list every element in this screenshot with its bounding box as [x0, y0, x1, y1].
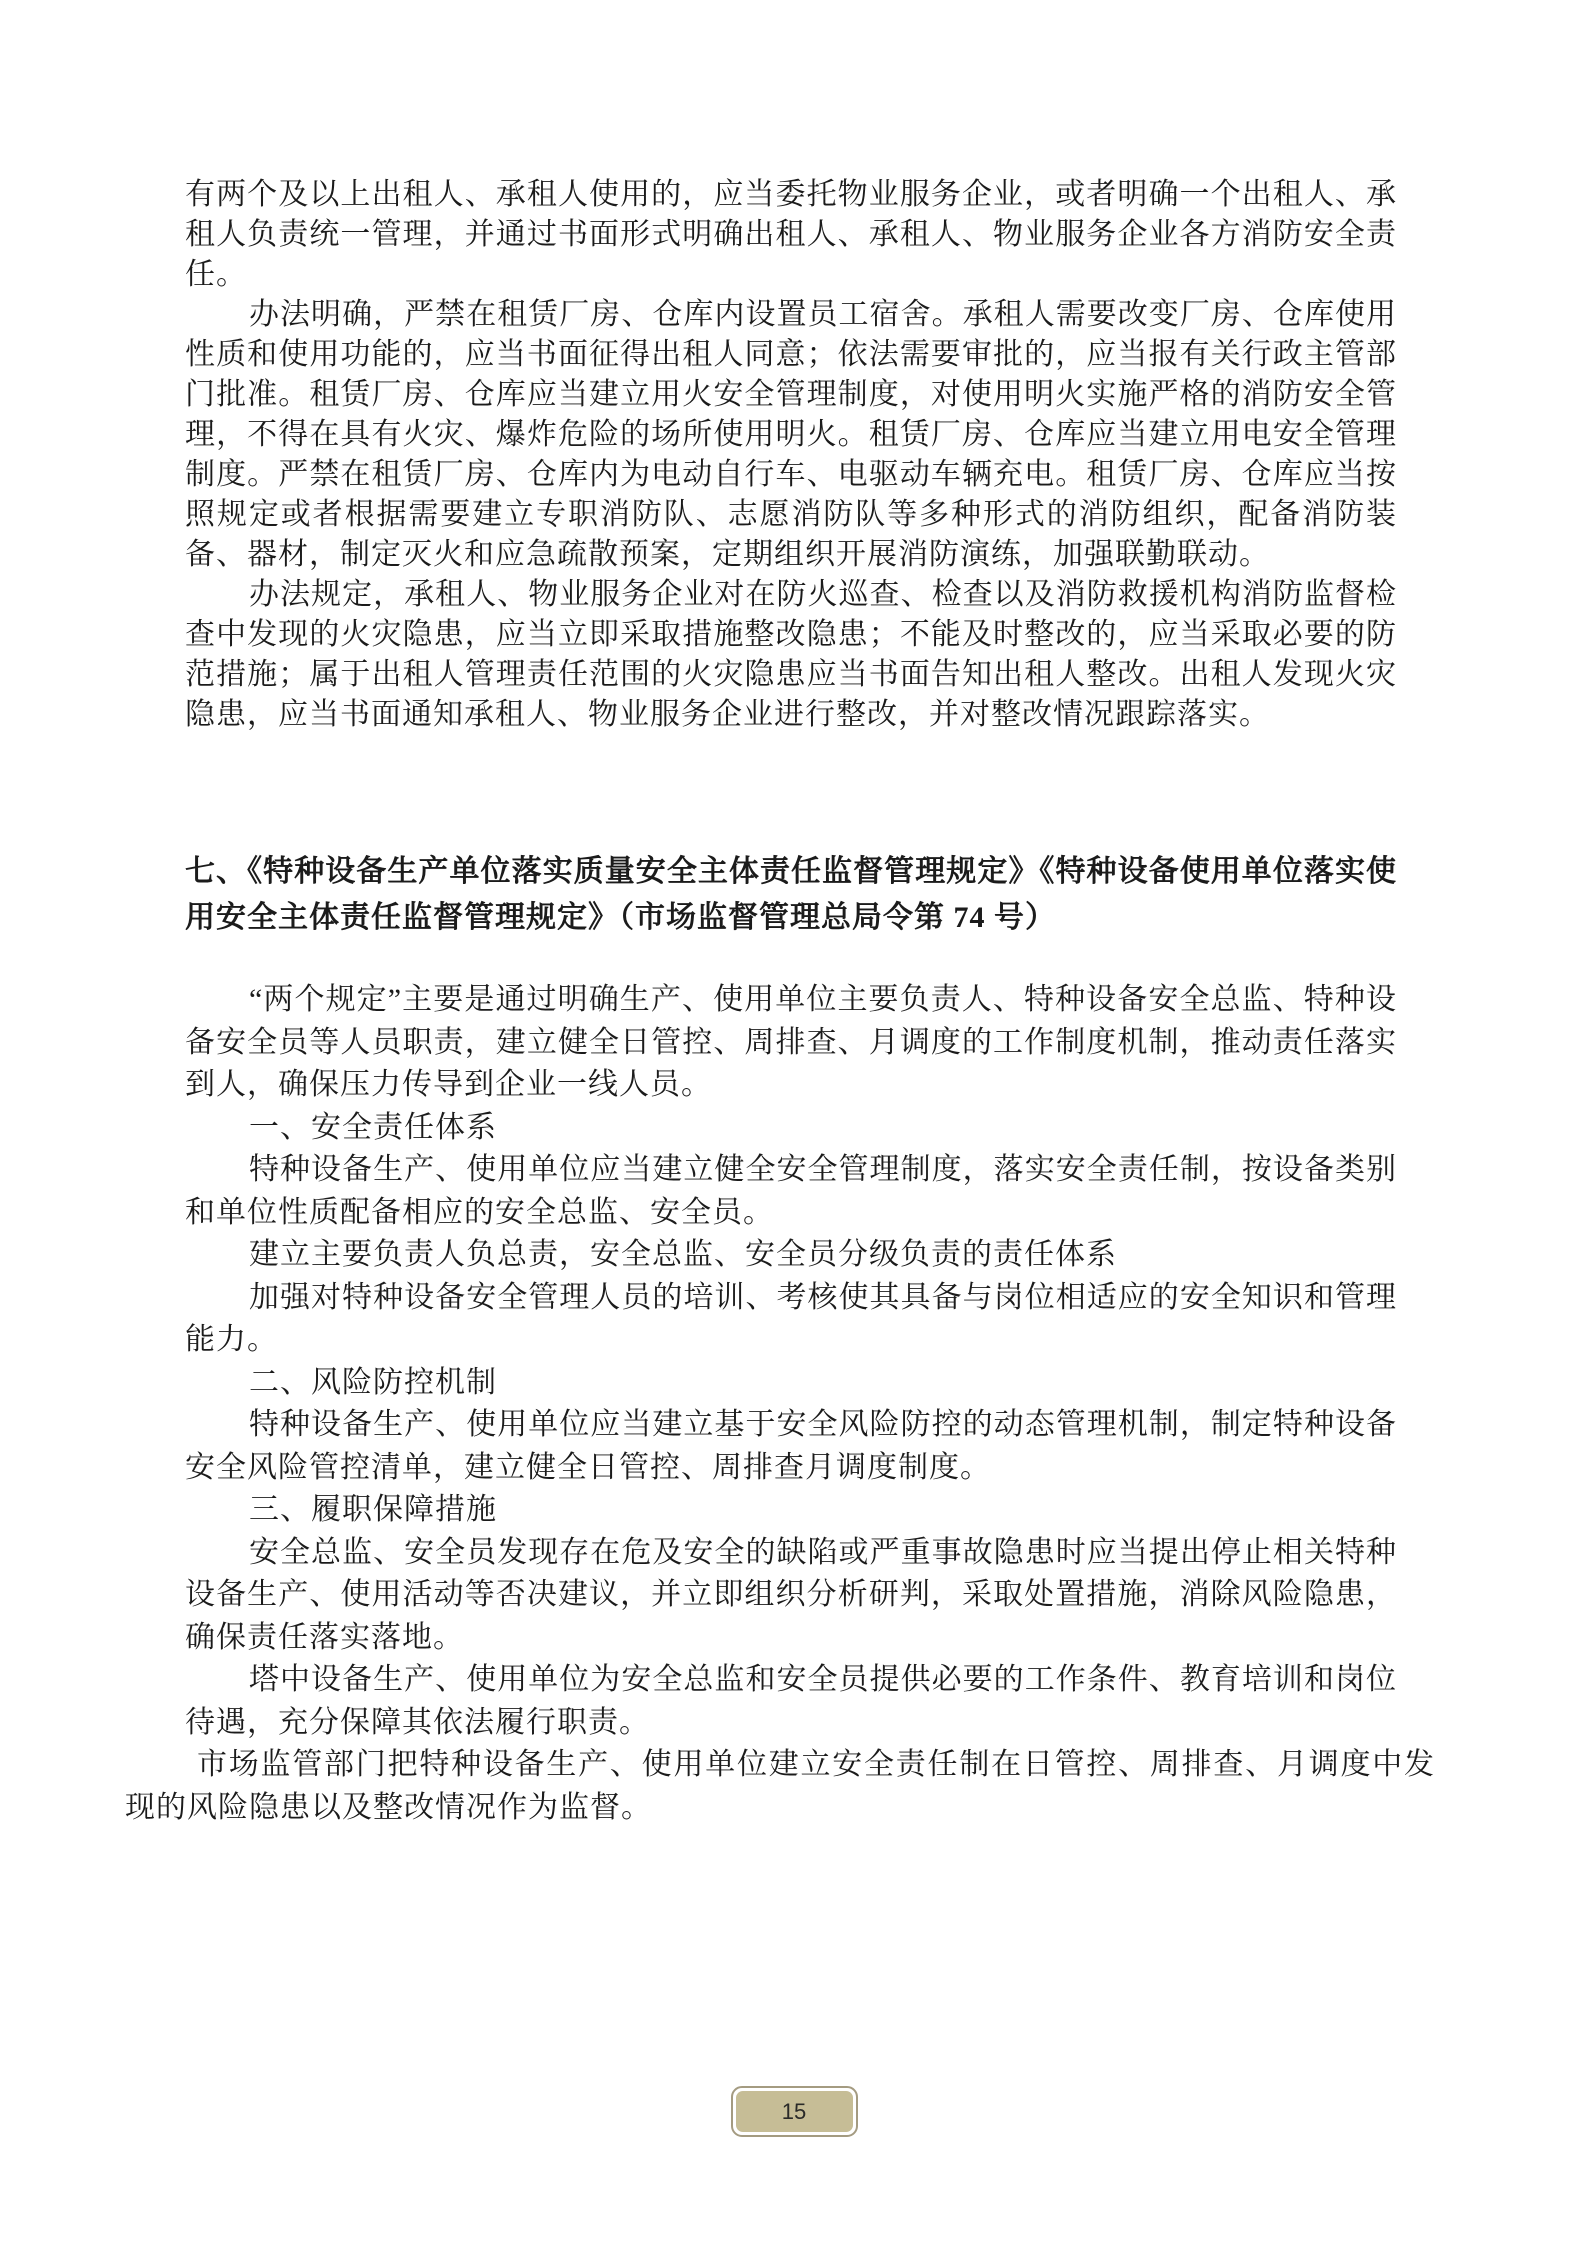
section-heading: 七、《特种设备生产单位落实质量安全主体责任监督管理规定》《特种设备使用单位落实使… — [185, 849, 1397, 941]
document-page: 有两个及以上出租人、承租人使用的，应当委托物业服务企业，或者明确一个出租人、承租… — [0, 0, 1588, 2257]
subsection-title: 二、风险防控机制 — [185, 1362, 1397, 1405]
section-intro-paragraph: “两个规定”主要是通过明确生产、使用单位主要负责人、特种设备安全总监、特种设备安… — [185, 979, 1397, 1107]
paragraph: 安全总监、安全员发现存在危及安全的缺陷或严重事故隐患时应当提出停止相关特种设备生… — [185, 1532, 1397, 1660]
subsection-title: 一、安全责任体系 — [185, 1107, 1397, 1150]
paragraph: 特种设备生产、使用单位应当建立基于安全风险防控的动态管理机制，制定特种设备安全风… — [185, 1404, 1397, 1489]
page-number: 15 — [782, 2099, 806, 2125]
paragraph-closing: 市场监管部门把特种设备生产、使用单位建立安全责任制在日管控、周排查、月调度中发现… — [125, 1744, 1435, 1829]
subsection-title: 三、履职保障措施 — [185, 1489, 1397, 1532]
page-number-badge: 15 — [731, 2086, 858, 2137]
page-footer: 15 — [0, 2086, 1588, 2137]
paragraph: 建立主要负责人负总责，安全总监、安全员分级负责的责任体系 — [185, 1234, 1397, 1277]
paragraph: 塔中设备生产、使用单位为安全总监和安全员提供必要的工作条件、教育培训和岗位待遇，… — [185, 1659, 1397, 1744]
paragraph-continuation: 有两个及以上出租人、承租人使用的，应当委托物业服务企业，或者明确一个出租人、承租… — [185, 175, 1397, 295]
paragraph: 加强对特种设备安全管理人员的培训、考核使其具备与岗位相适应的安全知识和管理能力。 — [185, 1277, 1397, 1362]
paragraph: 特种设备生产、使用单位应当建立健全安全管理制度，落实安全责任制，按设备类别和单位… — [185, 1149, 1397, 1234]
page-content: 有两个及以上出租人、承租人使用的，应当委托物业服务企业，或者明确一个出租人、承租… — [185, 175, 1397, 1829]
paragraph: 办法规定，承租人、物业服务企业对在防火巡查、检查以及消防救援机构消防监督检查中发… — [185, 575, 1397, 735]
page-number-badge-fill: 15 — [736, 2091, 853, 2132]
paragraph: 办法明确，严禁在租赁厂房、仓库内设置员工宿舍。承租人需要改变厂房、仓库使用性质和… — [185, 295, 1397, 575]
